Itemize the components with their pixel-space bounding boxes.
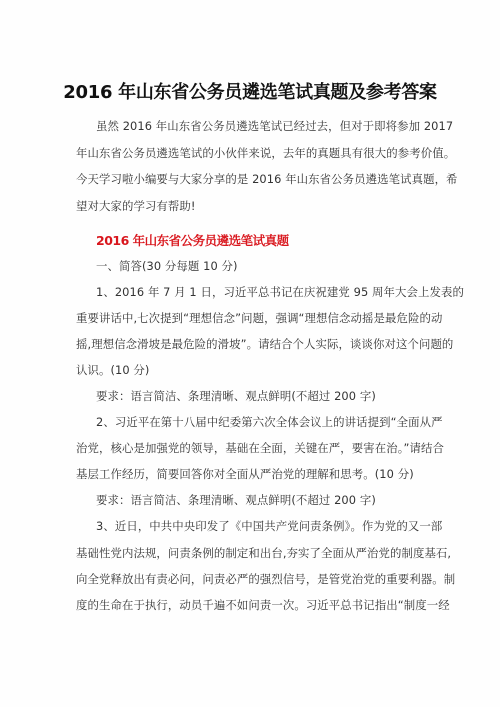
question-2-line-1: 2、习近平在第十八届中纪委第六次全体会议上的讲话提到“全面从严: [96, 414, 443, 430]
question-3-line-1: 3、近日，中共中央印发了《中国共产党问责条例》。作为党的又一部: [96, 518, 442, 534]
intro-line-4: 望对大家的学习有帮助!: [76, 198, 196, 214]
intro-line-1: 虽然 2016 年山东省公务员遴选笔试已经过去，但对于即将参加 2017: [96, 118, 453, 134]
document-page: 2016 年山东省公务员遴选笔试真题及参考答案 虽然 2016 年山东省公务员遴…: [0, 0, 500, 707]
question-3-line-4: 度的生命在于执行，动员千遍不如问责一次。习近平总书记指出“制度一经: [76, 597, 450, 613]
question-2-line-3: 基层工作经历，简要回答你对全面从严治党的理解和思考。(10 分): [76, 466, 414, 482]
question-1-line-1: 1、2016 年 7 月 1 日，习近平总书记在庆祝建党 95 周年大会上发表的: [96, 284, 464, 300]
question-1-line-4: 认识。(10 分): [76, 362, 149, 378]
question-2-line-2: 治党，核心是加强党的领导，基础在全面，关键在严，要害在治。”请结合: [76, 440, 444, 456]
question-3-line-3: 向全党释放出有责必问，问责必严的强烈信号，是管党治党的重要利器。制: [76, 571, 455, 587]
document-title: 2016 年山东省公务员遴选笔试真题及参考答案: [0, 78, 500, 104]
question-1-line-3: 摇,理想信念滑坡是最危险的滑坡”。请结合个人实际，谈谈你对这个问题的: [76, 336, 453, 352]
section-heading: 2016 年山东省公务员遴选笔试真题: [96, 231, 289, 249]
question-3-line-2: 基础性党内法规，问责条例的制定和出台,夯实了全面从严治党的制度基石,: [76, 545, 451, 561]
part-label: 一、简答(30 分每题 10 分): [96, 258, 238, 274]
intro-line-2: 年山东省公务员遴选笔试的小伙伴来说，去年的真题具有很大的参考价值。: [76, 145, 455, 161]
question-2-requirement: 要求：语言简洁、条理清晰、观点鲜明(不超过 200 字): [96, 492, 376, 508]
question-1-line-2: 重要讲话中,七次提到“理想信念”问题，强调“理想信念动摇是最危险的动: [76, 310, 442, 326]
intro-line-3: 今天学习啦小编要与大家分享的是 2016 年山东省公务员遴选笔试真题，希: [76, 171, 458, 187]
question-1-requirement: 要求：语言简洁、条理清晰、观点鲜明(不超过 200 字): [96, 388, 376, 404]
